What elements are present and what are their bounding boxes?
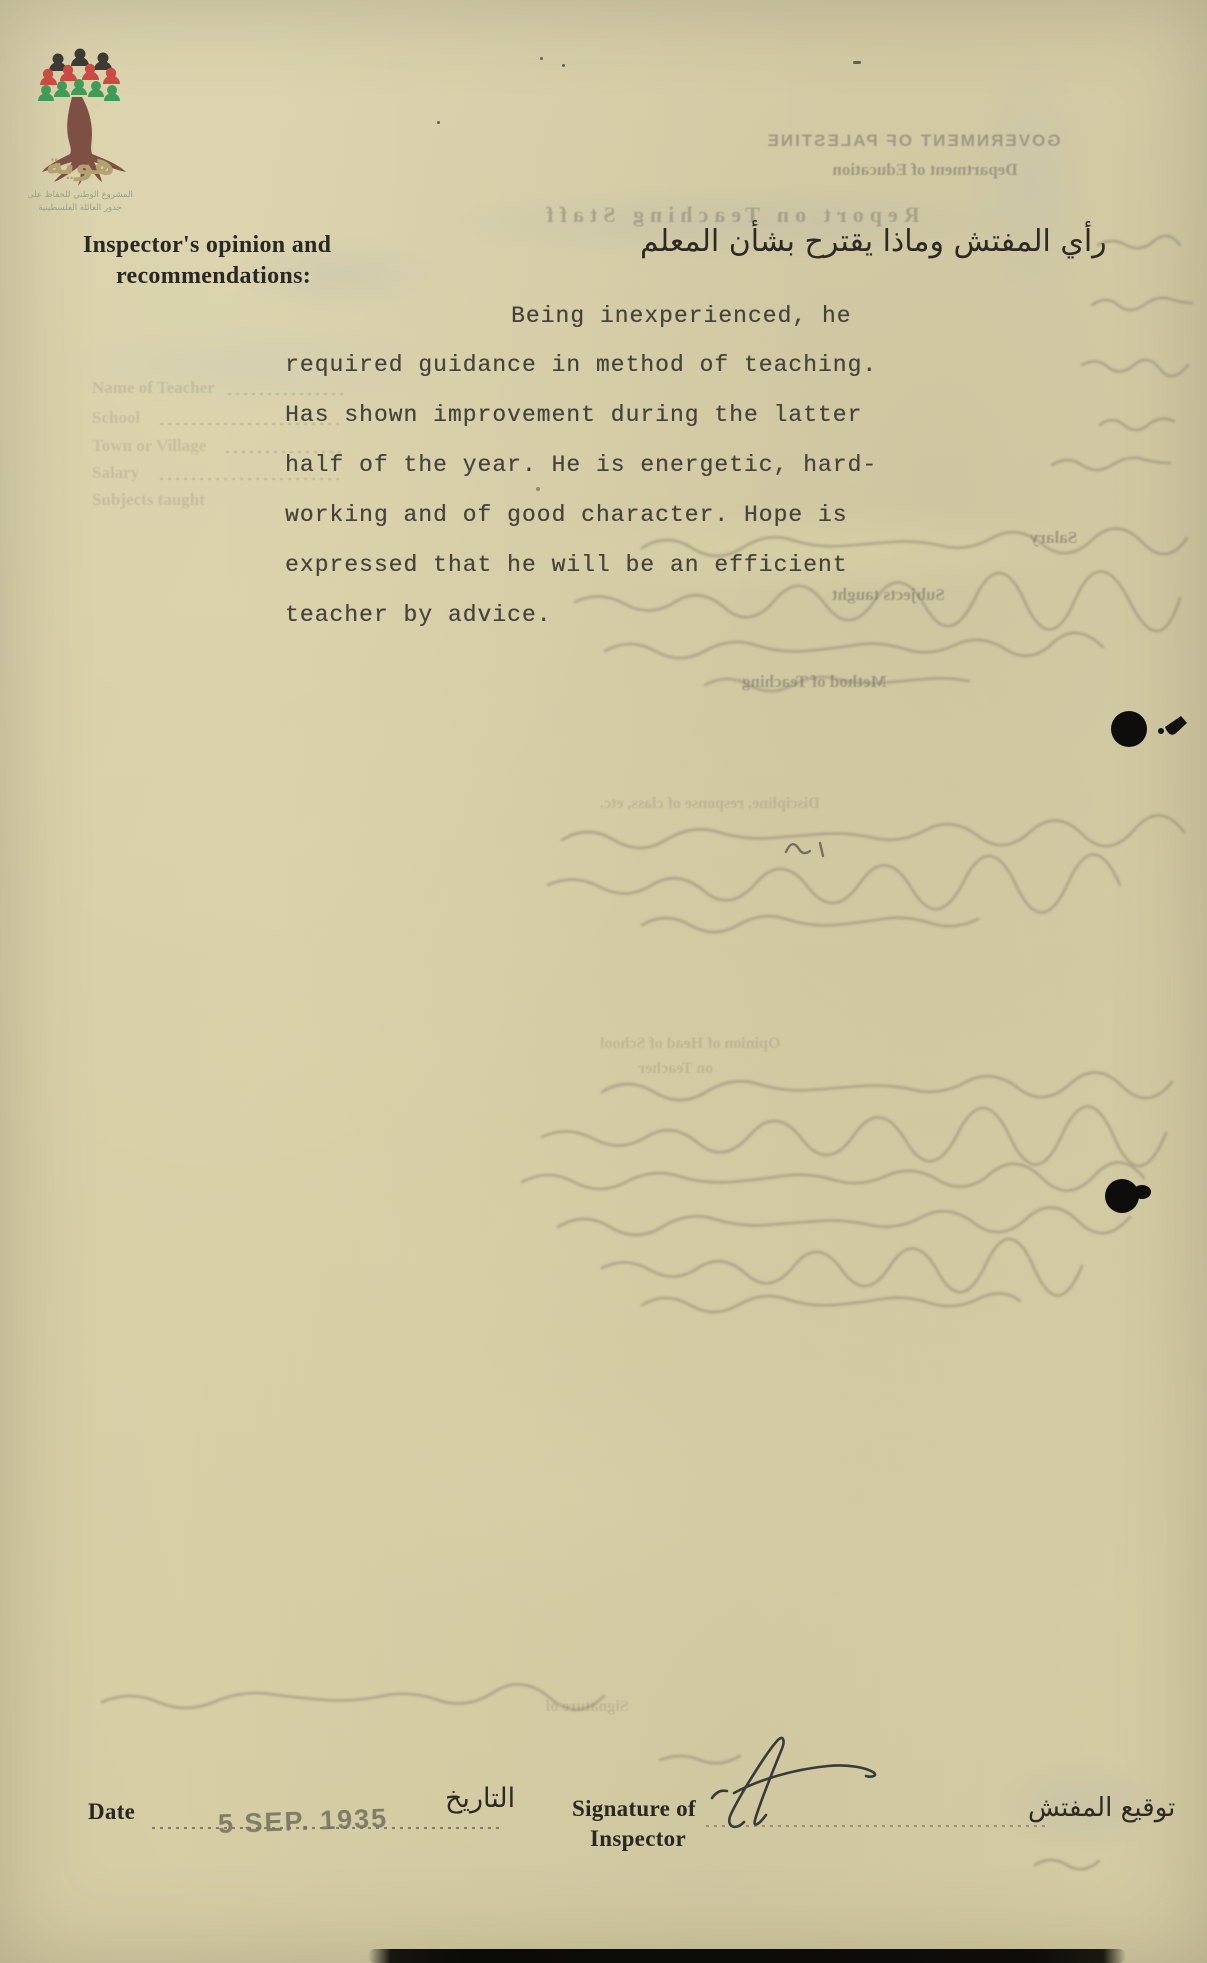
logo-caption-line1: المشروع الوطني للحفاظ على xyxy=(28,190,133,200)
inspectors-opinion-heading-line1: Inspector's opinion and xyxy=(83,232,331,259)
bleedthrough-form-label-mirrored: on Teacher xyxy=(638,1060,713,1078)
scan-edge-artifact xyxy=(368,1949,1126,1963)
bleedthrough-department-line: Department of Education xyxy=(775,160,1075,180)
bleedthrough-form-label-mirrored: Opinion of Head of School xyxy=(600,1035,780,1053)
date-label: Date xyxy=(88,1799,135,1825)
opinion-text-line: working and of good character. Hope is xyxy=(285,502,848,528)
ink-speck xyxy=(562,64,565,67)
inspectors-opinion-heading-line2: recommendations: xyxy=(116,263,311,290)
bleedthrough-form-label: School xyxy=(92,408,140,428)
bleedthrough-form-label-mirrored: Subjects taught xyxy=(832,585,945,605)
opinion-text-line: Being inexperienced, he xyxy=(511,303,851,329)
bleedthrough-form-label-mirrored: Signature of xyxy=(545,1698,629,1716)
pen-mark xyxy=(786,843,823,856)
ink-speck xyxy=(536,487,540,491)
logo-title-arabic: هوية xyxy=(45,147,114,182)
opinion-text-line: expressed that he will be an efficient xyxy=(285,552,848,578)
paper-blotch xyxy=(90,1840,1040,1920)
archive-logo: هوية المشروع الوطني للحفاظ على جذور العا… xyxy=(28,42,168,222)
handwriting-bleedthrough xyxy=(0,0,1207,1963)
bleedthrough-form-label: Salary xyxy=(92,463,139,483)
signature-label-line2: Inspector xyxy=(590,1826,686,1852)
bleedthrough-form-label: Town or Village xyxy=(92,436,206,456)
opinion-text-line: required guidance in method of teaching. xyxy=(285,352,877,378)
paper-blotch xyxy=(965,50,1095,320)
inspector-signature xyxy=(700,1732,900,1837)
bleedthrough-form-label-mirrored: Method of Teaching xyxy=(742,672,887,692)
date-label-arabic: التاريخ xyxy=(445,1783,515,1814)
paper-blotch xyxy=(280,1380,840,1610)
date-stamp: 5 SEP. 1935 xyxy=(218,1803,389,1840)
signature-label-arabic: توقيع المفتش xyxy=(1028,1793,1175,1823)
opinion-text-line: teacher by advice. xyxy=(285,602,551,628)
scanned-document-page: هوية المشروع الوطني للحفاظ على جذور العا… xyxy=(0,0,1207,1963)
bleedthrough-government-line: GOVERNMENT OF PALESTINE xyxy=(738,131,1088,151)
bleedthrough-form-label-mirrored: Discipline, response of class, etc. xyxy=(600,795,820,813)
bleedthrough-form-label-mirrored: Salary xyxy=(1030,528,1077,548)
bleedthrough-form-label: Subjects taught xyxy=(92,490,205,510)
paper-blotch xyxy=(60,690,400,840)
bleedthrough-form-label: Name of Teacher xyxy=(92,378,215,398)
ink-speck xyxy=(540,57,543,60)
ink-speck xyxy=(853,61,861,64)
signature-label-line1: Signature of xyxy=(572,1796,696,1822)
opinion-text-line: Has shown improvement during the latter xyxy=(285,402,862,428)
opinion-text-line: half of the year. He is energetic, hard- xyxy=(285,452,877,478)
logo-caption-line2: جذور العائلة الفلسطينية xyxy=(38,203,122,213)
inspectors-opinion-heading-arabic: رأي المفتش وماذا يقترح بشأن المعلم xyxy=(640,224,1088,259)
ink-blot xyxy=(1095,695,1205,765)
tree-canopy-figures xyxy=(38,49,120,102)
ink-blot xyxy=(1090,1162,1180,1232)
ink-speck xyxy=(437,121,440,124)
